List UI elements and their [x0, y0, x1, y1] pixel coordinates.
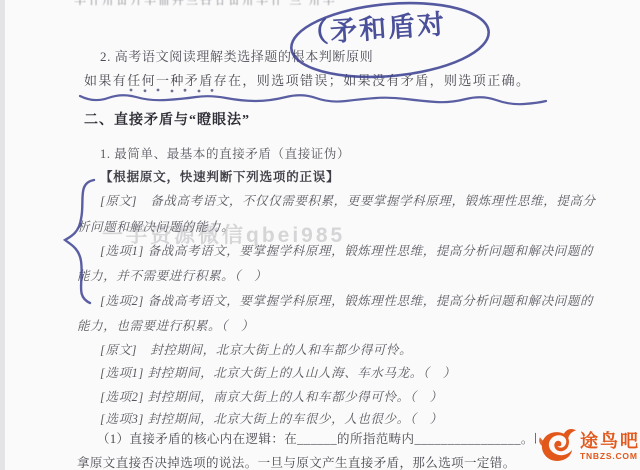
logo-domain: TNBZS.COM: [580, 452, 640, 461]
page-left-edge: [0, 0, 5, 470]
summary-line2-normal: 拿原文直接否决掉选项的说法。: [77, 456, 258, 470]
top-clipped-text: 丰卄卅丗廾丰卌卉亖卋廿丗卅丰卄 亖 卅丰: [74, 0, 394, 6]
ex1-source-line1: [原文] 备战高考语文，不仅仅需要积累，更要掌握学科原理，锻炼理性思维，提高分: [100, 191, 596, 209]
principle-line: 如果有任何一种矛盾存在，则选项错误；如果没有矛盾，则选项正确。: [84, 70, 530, 89]
instruction-line: 【根据原文，快速判断下列选项的正误】: [100, 167, 339, 185]
wavy-underline: [80, 95, 546, 104]
document-page: 丰卄卅丗廾丰卌卉亖卋廿丗卅丰卄 亖 卅丰 2. 高考语文阅读理解类选择题的根本判…: [0, 0, 640, 470]
summary-line2: 拿原文直接否决掉选项的说法。一旦与原文产生直接矛盾，那么选项一定错。: [77, 453, 516, 470]
ex1-option1-line2: 能力，并不需要进行积累。（ ）: [77, 266, 267, 284]
handwritten-note: （矛和盾对: [300, 2, 447, 51]
bird-logo-icon: [536, 425, 577, 469]
ex1-option2-line2: 能力，也需要进行积累。（ ）: [77, 316, 254, 334]
ex2-option3-line: [选项3] 封控期间，北京大街上的车很少，人也很少。（ ）: [100, 409, 443, 427]
emphasis-dots: [130, 89, 214, 93]
ex2-source-line: [原文] 封控期间，北京大街上的人和车都少得可怜。: [100, 340, 412, 358]
site-logo: 途鸟吧 TNBZS.COM: [536, 423, 640, 470]
ex1-option2-line1: [选项2] 备战高考语文，要掌握学科原理，锻炼理性思维，提高分析问题和解决问题的: [100, 291, 593, 309]
section-heading: 二、直接矛盾与“瞪眼法”: [84, 109, 250, 129]
ex2-option1-line: [选项1] 封控期间，北京大街上的人山人海、车水马龙。（ ）: [100, 363, 456, 381]
summary-line2-underlined: 一旦与原文产生直接矛盾，那么选项一定错。: [258, 456, 516, 470]
sub-heading: 1. 最简单、最基本的直接矛盾（直接证伪）: [100, 144, 350, 162]
logo-title: 途鸟吧: [580, 432, 640, 450]
watermark-text: 一手资源微信qbei985: [102, 219, 345, 249]
ex2-option2-line: [选项2] 封控期间，南京大街上的人和车都少得可怜。（ ）: [100, 387, 443, 405]
curly-brace-annotation: [65, 180, 94, 303]
summary-line1: （1）直接矛盾的核心内在逻辑：在______的所指范畴内____________…: [97, 429, 547, 447]
